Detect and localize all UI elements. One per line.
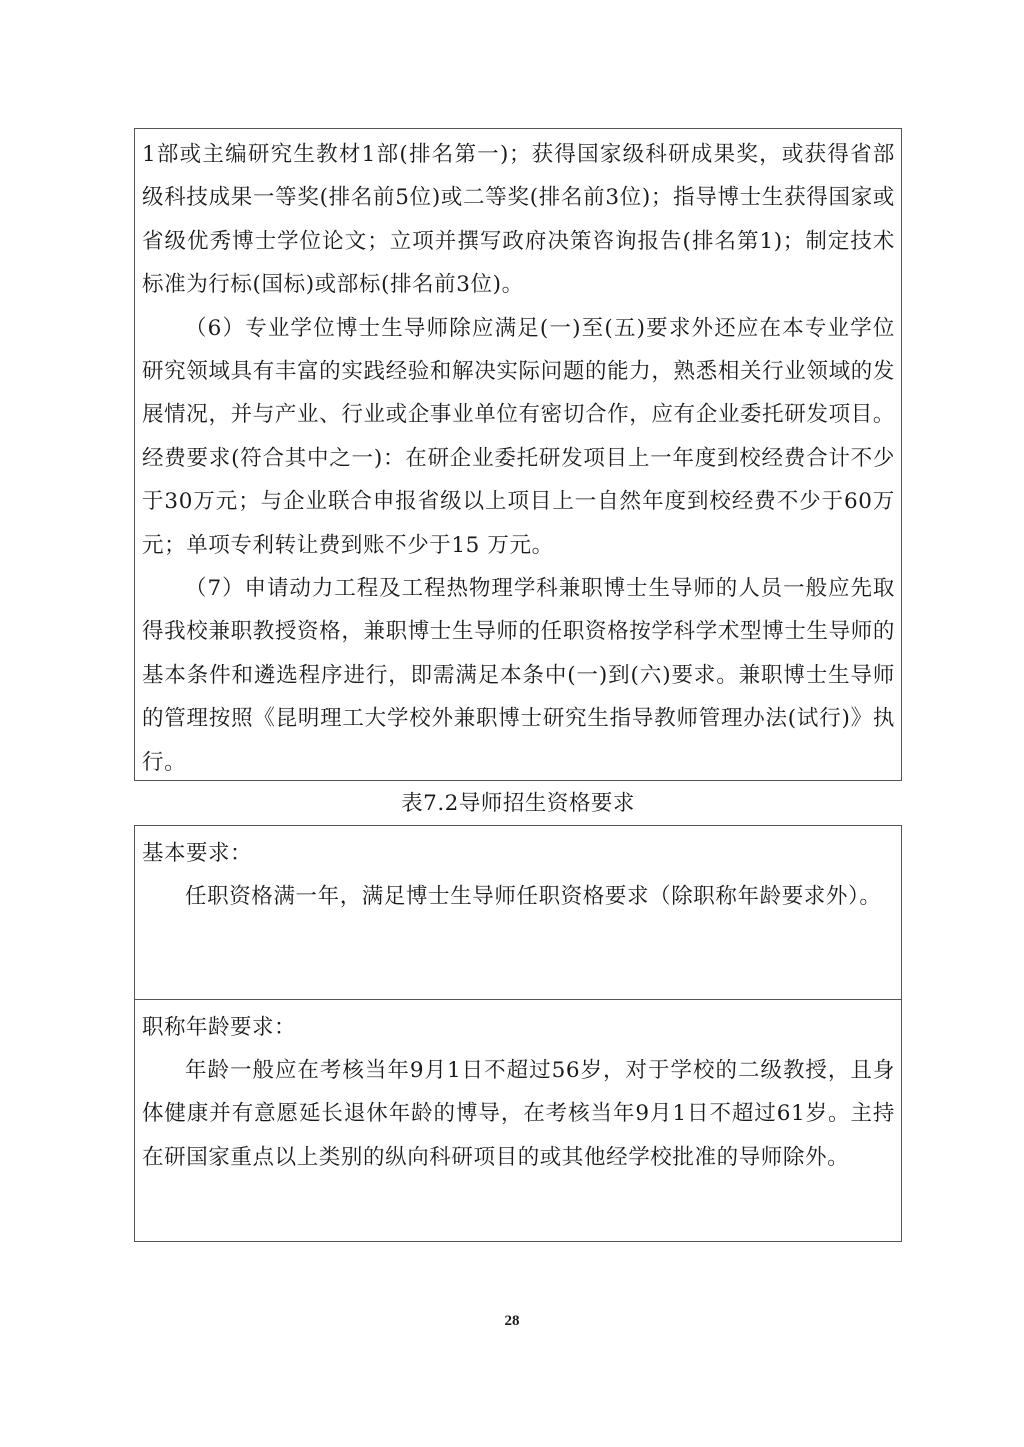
row-label: 基本要求：: [142, 832, 895, 875]
admission-requirements-table: 基本要求： 任职资格满一年，满足博士生导师任职资格要求（除职称年龄要求外）。 职…: [134, 825, 902, 1242]
paragraph-item-6: （6）专业学位博士生导师除应满足(一)至(五)要求外还应在本专业学位研究领域具有…: [142, 307, 895, 567]
row-text: 任职资格满一年，满足博士生导师任职资格要求（除职称年龄要求外）。: [142, 875, 895, 918]
table-row-basic-requirements: 基本要求： 任职资格满一年，满足博士生导师任职资格要求（除职称年龄要求外）。: [135, 826, 901, 1000]
paragraph-continuation: 1部或主编研究生教材1部(排名第一)；获得国家级科研成果奖，或获得省部级科技成果…: [142, 133, 895, 307]
table-row-title-age-requirements: 职称年龄要求： 年龄一般应在考核当年9月1日不超过56岁，对于学校的二级教授，且…: [135, 1000, 901, 1240]
page-number: 28: [0, 1313, 1024, 1330]
row-label: 职称年龄要求：: [142, 1006, 895, 1049]
paragraph-item-7: （7）申请动力工程及工程热物理学科兼职博士生导师的人员一般应先取得我校兼职教授资…: [142, 567, 895, 784]
table-caption: 表7.2导师招生资格要求: [134, 789, 902, 819]
continued-requirements-box: 1部或主编研究生教材1部(排名第一)；获得国家级科研成果奖，或获得省部级科技成果…: [134, 128, 902, 781]
row-text: 年龄一般应在考核当年9月1日不超过56岁，对于学校的二级教授，且身体健康并有意愿…: [142, 1049, 895, 1179]
